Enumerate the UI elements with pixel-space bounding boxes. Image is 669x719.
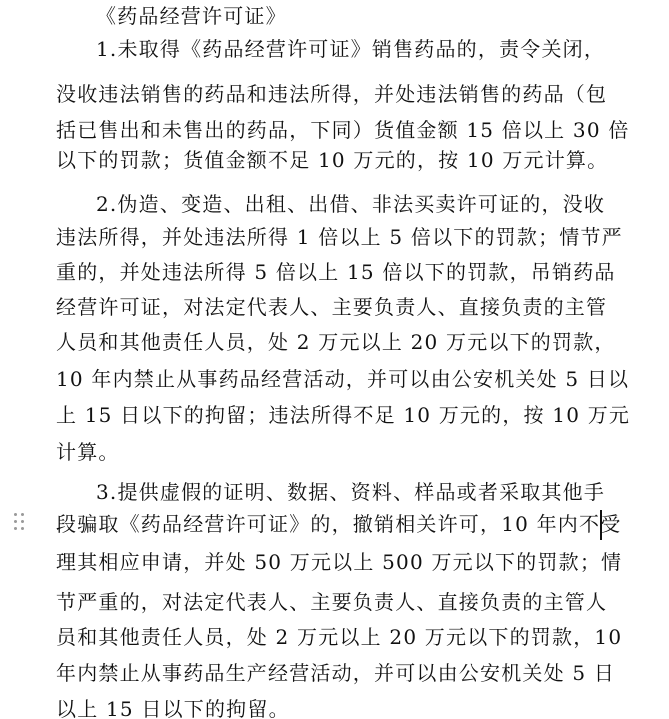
paragraph-3-line-6: 年内禁止从事药品生产经营活动，并可以由公安机关处 5 日	[56, 661, 596, 685]
drag-dot	[14, 520, 17, 523]
drag-dot	[21, 527, 24, 530]
paragraph-2-line-4: 经营许可证，对法定代表人、主要负责人、直接负责的主管	[56, 295, 596, 319]
heading-line: 《药品经营许可证》	[96, 4, 596, 28]
paragraph-2-line-3: 重的，并处违法所得 5 倍以上 15 倍以下的罚款，吊销药品	[56, 260, 596, 284]
paragraph-1-line-2: 没收违法销售的药品和违法所得，并处违法销售的药品（包	[56, 82, 596, 106]
paragraph-3-line-3: 理其相应申请，并处 50 万元以上 500 万元以下的罚款；情	[56, 550, 596, 574]
paragraph-1-line-1: 1.未取得《药品经营许可证》销售药品的，责令关闭，	[96, 37, 596, 61]
paragraph-3-line-7: 以上 15 日以下的拘留。	[56, 697, 596, 719]
paragraph-2-line-7: 上 15 日以下的拘留；违法所得不足 10 万元的，按 10 万元	[56, 403, 596, 427]
paragraph-2-line-6: 10 年内禁止从事药品经营活动，并可以由公安机关处 5 日以	[56, 367, 596, 391]
paragraph-2-line-5: 人员和其他责任人员，处 2 万元以上 20 万元以下的罚款，	[56, 330, 596, 354]
drag-handle-icon[interactable]	[14, 513, 26, 531]
text-caret	[600, 510, 602, 540]
paragraph-2-line-8: 计算。	[56, 440, 596, 464]
document-page: 《药品经营许可证》 1.未取得《药品经营许可证》销售药品的，责令关闭， 没收违法…	[0, 0, 669, 719]
drag-dot	[21, 520, 24, 523]
paragraph-2-line-1: 2.伪造、变造、出租、出借、非法买卖许可证的，没收	[96, 192, 596, 216]
paragraph-3-line-4: 节严重的，对法定代表人、主要负责人、直接负责的主管人	[56, 590, 596, 614]
paragraph-1-line-4: 以下的罚款；货值金额不足 10 万元的，按 10 万元计算。	[56, 148, 596, 172]
drag-dot	[14, 527, 17, 530]
paragraph-1-line-3: 括已售出和未售出的药品，下同）货值金额 15 倍以上 30 倍	[56, 118, 596, 142]
paragraph-3-line-5: 员和其他责任人员，处 2 万元以上 20 万元以下的罚款，10	[56, 625, 596, 649]
paragraph-3-line-1: 3.提供虚假的证明、数据、资料、样品或者采取其他手	[96, 480, 596, 504]
paragraph-2-line-2: 违法所得，并处违法所得 1 倍以上 5 倍以下的罚款；情节严	[56, 225, 596, 249]
drag-dot	[14, 513, 17, 516]
drag-dot	[21, 513, 24, 516]
paragraph-3-line-2[interactable]: 段骗取《药品经营许可证》的，撤销相关许可，10 年内不受	[56, 512, 596, 536]
